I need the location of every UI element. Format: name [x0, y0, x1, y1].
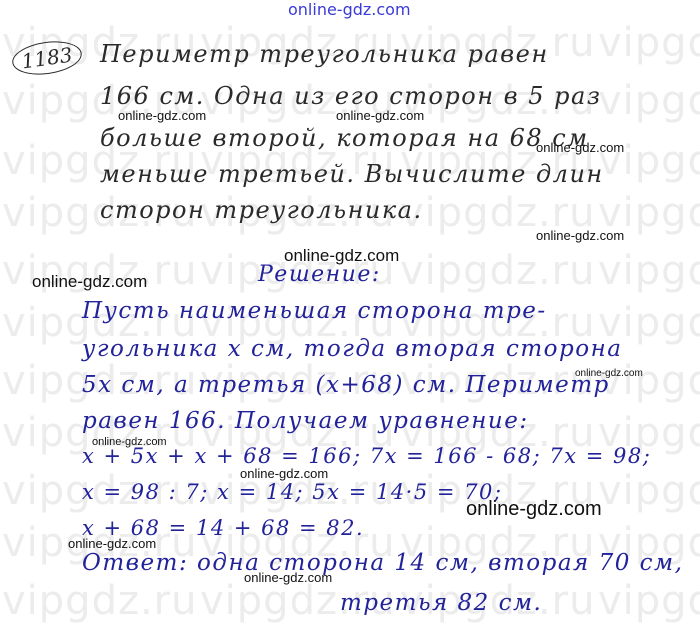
solution-line: Пусть наименьшая сторона тре-: [82, 298, 547, 324]
solution-line: 5x см, а третья (x+68) см. Периметр: [82, 372, 610, 398]
watermark-vipgdz: vipgdz.ru: [2, 578, 197, 624]
watermark-online-gdz: online-gdz.com: [32, 272, 147, 292]
answer-line: третья 82 см.: [340, 590, 542, 616]
equation-line: x + 5x + x + 68 = 166; 7x = 166 - 68; 7x…: [82, 444, 651, 468]
watermark-online-gdz: online-gdz.com: [575, 368, 643, 379]
watermark-vipgdz: vipgdz.ru: [598, 578, 700, 624]
watermark-online-gdz: online-gdz.com: [336, 108, 424, 123]
watermark-online-gdz: online-gdz.com: [118, 108, 206, 123]
watermark-vipgdz: vipgdz.ru: [598, 468, 700, 514]
watermark-online-gdz: online-gdz.com: [536, 140, 624, 155]
problem-line: Периметр треугольника равен: [100, 40, 549, 68]
answer-line: Ответ: одна сторона 14 см, вторая 70 см,: [82, 550, 683, 576]
problem-line: меньше третьей. Вычислите длин: [100, 160, 604, 188]
watermark-online-gdz: online-gdz.com: [68, 536, 156, 551]
solution-line: угольника x см, тогда вторая сторона: [82, 336, 622, 362]
watermark-online-gdz: online-gdz.com: [244, 570, 332, 585]
watermark-online-gdz: online-gdz.com: [240, 466, 328, 481]
problem-line: больше второй, которая на 68 см: [100, 124, 589, 152]
watermark-online-gdz: online-gdz.com: [466, 498, 602, 521]
watermark-vipgdz: vipgdz.ru: [598, 248, 700, 294]
watermark-online-gdz: online-gdz.com: [536, 228, 624, 243]
task-number-badge: 1183: [10, 37, 84, 78]
watermark-online-gdz: online-gdz.com: [284, 246, 399, 266]
problem-line: 166 см. Одна из его сторон в 5 раз: [100, 82, 601, 110]
watermark-vipgdz: vipgdz.ru: [598, 20, 700, 66]
watermark-vipgdz: vipgdz.ru: [598, 78, 700, 124]
site-link[interactable]: online-gdz.com: [288, 0, 411, 19]
watermark-vipgdz: vipgdz.ru: [598, 358, 700, 404]
problem-line: сторон треугольника.: [100, 196, 423, 224]
solution-line: равен 166. Получаем уравнение:: [82, 408, 529, 434]
equation-line: x = 98 : 7; x = 14; 5x = 14·5 = 70;: [82, 480, 502, 504]
watermark-vipgdz: vipgdz.ru: [400, 248, 595, 294]
watermark-online-gdz: online-gdz.com: [92, 436, 167, 448]
